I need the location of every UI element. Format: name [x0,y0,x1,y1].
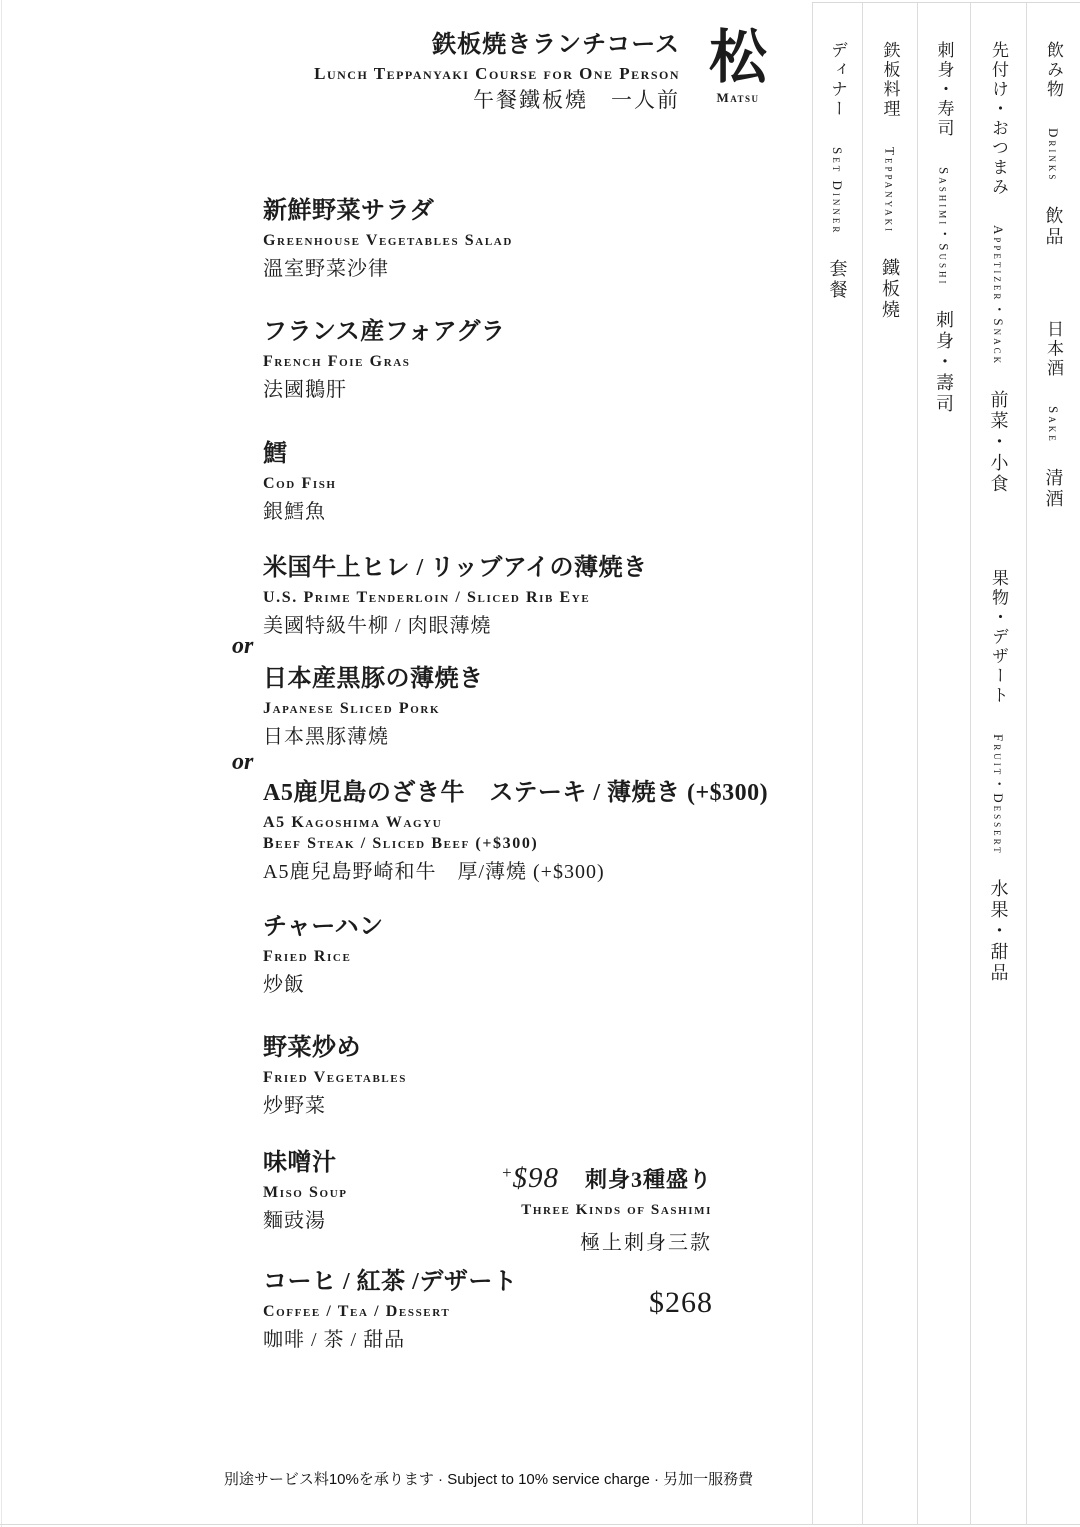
item-title-jp: 鱈 [263,440,783,469]
item-title-jp: A5鹿児島のざき牛 ステーキ / 薄焼き (+$300) [263,779,783,808]
item-title-jp: 米国牛上ヒレ / リッブアイの薄焼き [263,554,783,583]
menu-item-us-beef: 米国牛上ヒレ / リッブアイの薄焼き U.S. Prime Tenderloin… [263,554,783,639]
course-badge-character: 松 [700,28,776,89]
tab-label-jp: 鉄板料理 [882,41,899,119]
tab-label-jp: 日本酒 [1045,320,1062,379]
course-title-japanese: 鉄板焼きランチコース [280,32,680,60]
item-title-en: Cod Fish [263,474,783,494]
menu-item-japanese-pork: 日本産黒豚の薄焼き Japanese Sliced Pork 日本黑豚薄燒 [263,665,783,750]
menu-item-kagoshima-wagyu: A5鹿児島のざき牛 ステーキ / 薄焼き (+$300) A5 Kagoshim… [263,779,783,885]
menu-item-fried-rice: チャーハン Fried Rice 炒飯 [263,913,783,998]
sidebar-tab-appetizer-snack: 先付け・おつまみ Appetizer・Snack 前菜・小食 [990,41,1008,495]
item-title-jp: フランス産フォアグラ [263,318,783,347]
item-title-en: French Foie Gras [263,352,783,372]
tab-label-zh: 鐵板燒 [881,258,899,321]
item-title-jp: 野菜炒め [263,1034,783,1063]
sidebar-column-teppanyaki: 鉄板料理 Teppanyaki 鐵板燒 [862,3,917,1525]
tab-label-en: Teppanyaki [884,147,897,234]
course-title-chinese: 午餐鐵板燒 一人前 [280,89,680,112]
item-title-en: Japanese Sliced Pork [263,699,783,719]
tab-label-zh: 套餐 [829,259,847,301]
item-title-en-line1: A5 Kagoshima Wagyu [263,813,783,833]
tab-label-zh: 刺身・壽司 [935,310,953,415]
tab-label-jp: 飲み物 [1045,41,1062,100]
item-title-zh: A5鹿兒島野崎和牛 厚/薄燒 (+$300) [263,859,783,885]
tab-label-en: Drinks [1047,128,1060,182]
sidebar-column-sashimi-sushi: 刺身・寿司 Sashimi・Sushi 刺身・壽司 [917,3,970,1525]
course-header: 鉄板焼きランチコース Lunch Teppanyaki Course for O… [280,32,680,112]
sidebar-tab-drinks: 飲み物 Drinks 飲品 [1045,41,1063,248]
sidebar-column-appetizer-fruit: 先付け・おつまみ Appetizer・Snack 前菜・小食 果物・デザート F… [970,3,1026,1525]
course-badge-label: Matsu [700,90,776,106]
tab-label-zh: 前菜・小食 [990,390,1008,495]
tab-label-en: Set Dinner [831,147,844,235]
tab-label-zh: 水果・甜品 [990,879,1008,984]
item-title-zh: 法國鵝肝 [263,377,783,403]
tab-label-en: Fruit・Dessert [992,734,1005,856]
menu-item-fried-vegetables: 野菜炒め Fried Vegetables 炒野菜 [263,1034,783,1119]
menu-item-cod-fish: 鱈 Cod Fish 銀鱈魚 [263,440,783,525]
sidebar-tab-sashimi-sushi: 刺身・寿司 Sashimi・Sushi 刺身・壽司 [935,41,953,415]
sidebar-column-set-dinner: ディナー Set Dinner 套餐 [812,3,862,1525]
sidebar-column-drinks-sake: 飲み物 Drinks 飲品 日本酒 Sake 清酒 [1026,3,1080,1525]
category-sidebar: ディナー Set Dinner 套餐 鉄板料理 Teppanyaki 鐵板燒 刺… [812,2,1080,1525]
tab-label-zh: 飲品 [1045,206,1063,248]
tab-label-jp: 先付け・おつまみ [990,41,1007,197]
tab-label-jp: ディナー [829,41,846,119]
course-badge-matsu: 松 Matsu [700,28,776,106]
supplement-price: $98 [512,1162,559,1194]
item-title-jp: チャーハン [263,913,783,942]
menu-item-salad: 新鮮野菜サラダ Greenhouse Vegetables Salad 溫室野菜… [263,197,783,282]
item-title-zh: 咖啡 / 茶 / 甜品 [263,1327,783,1353]
supplement-plus-sign: + [501,1163,512,1182]
sidebar-tab-sake: 日本酒 Sake 清酒 [1045,320,1063,510]
page-left-edge-line [1,0,2,1527]
tab-label-jp: 刺身・寿司 [936,41,953,139]
item-title-zh: 美國特級牛柳 / 肉眼薄燒 [263,613,783,639]
sashimi-supplement: +$98刺身3種盛り Three Kinds of Sashimi 極上刺身三款 [501,1162,712,1255]
course-title-english: Lunch Teppanyaki Course for One Person [280,65,680,84]
menu-item-foie-gras: フランス産フォアグラ French Foie Gras 法國鵝肝 [263,318,783,403]
item-title-en: Fried Vegetables [263,1068,783,1088]
item-title-jp: 新鮮野菜サラダ [263,197,783,226]
item-title-en: U.S. Prime Tenderloin / Sliced Rib Eye [263,588,783,608]
sidebar-tab-teppanyaki: 鉄板料理 Teppanyaki 鐵板燒 [881,41,899,321]
item-title-en-line2: Beef Steak / Sliced Beef (+$300) [263,834,783,854]
supplement-title-jp: 刺身3種盛り [585,1167,712,1192]
item-title-zh: 日本黑豚薄燒 [263,724,783,750]
or-separator: or [232,634,253,658]
item-title-zh: 炒飯 [263,972,783,998]
or-separator: or [232,750,253,774]
tab-label-zh: 清酒 [1045,468,1063,510]
supplement-title-zh: 極上刺身三款 [501,1226,712,1255]
tab-label-en: Appetizer・Snack [992,225,1005,366]
item-title-en: Fried Rice [263,947,783,967]
tab-label-en: Sake [1047,406,1060,444]
menu-page: 鉄板焼きランチコース Lunch Teppanyaki Course for O… [0,0,1080,1527]
supplement-price-line: +$98刺身3種盛り [501,1162,712,1195]
item-title-jp: 日本産黒豚の薄焼き [263,665,783,694]
course-price: $268 [649,1286,713,1320]
tab-label-jp: 果物・デザート [990,569,1007,706]
item-title-zh: 溫室野菜沙律 [263,256,783,282]
item-title-zh: 銀鱈魚 [263,499,783,525]
sidebar-tab-fruit-dessert: 果物・デザート Fruit・Dessert 水果・甜品 [990,569,1008,984]
item-title-zh: 炒野菜 [263,1093,783,1119]
supplement-title-en: Three Kinds of Sashimi [501,1202,712,1219]
sidebar-tab-set-dinner: ディナー Set Dinner 套餐 [829,41,847,301]
item-title-en: Greenhouse Vegetables Salad [263,231,783,251]
tab-label-en: Sashimi・Sushi [938,167,951,286]
